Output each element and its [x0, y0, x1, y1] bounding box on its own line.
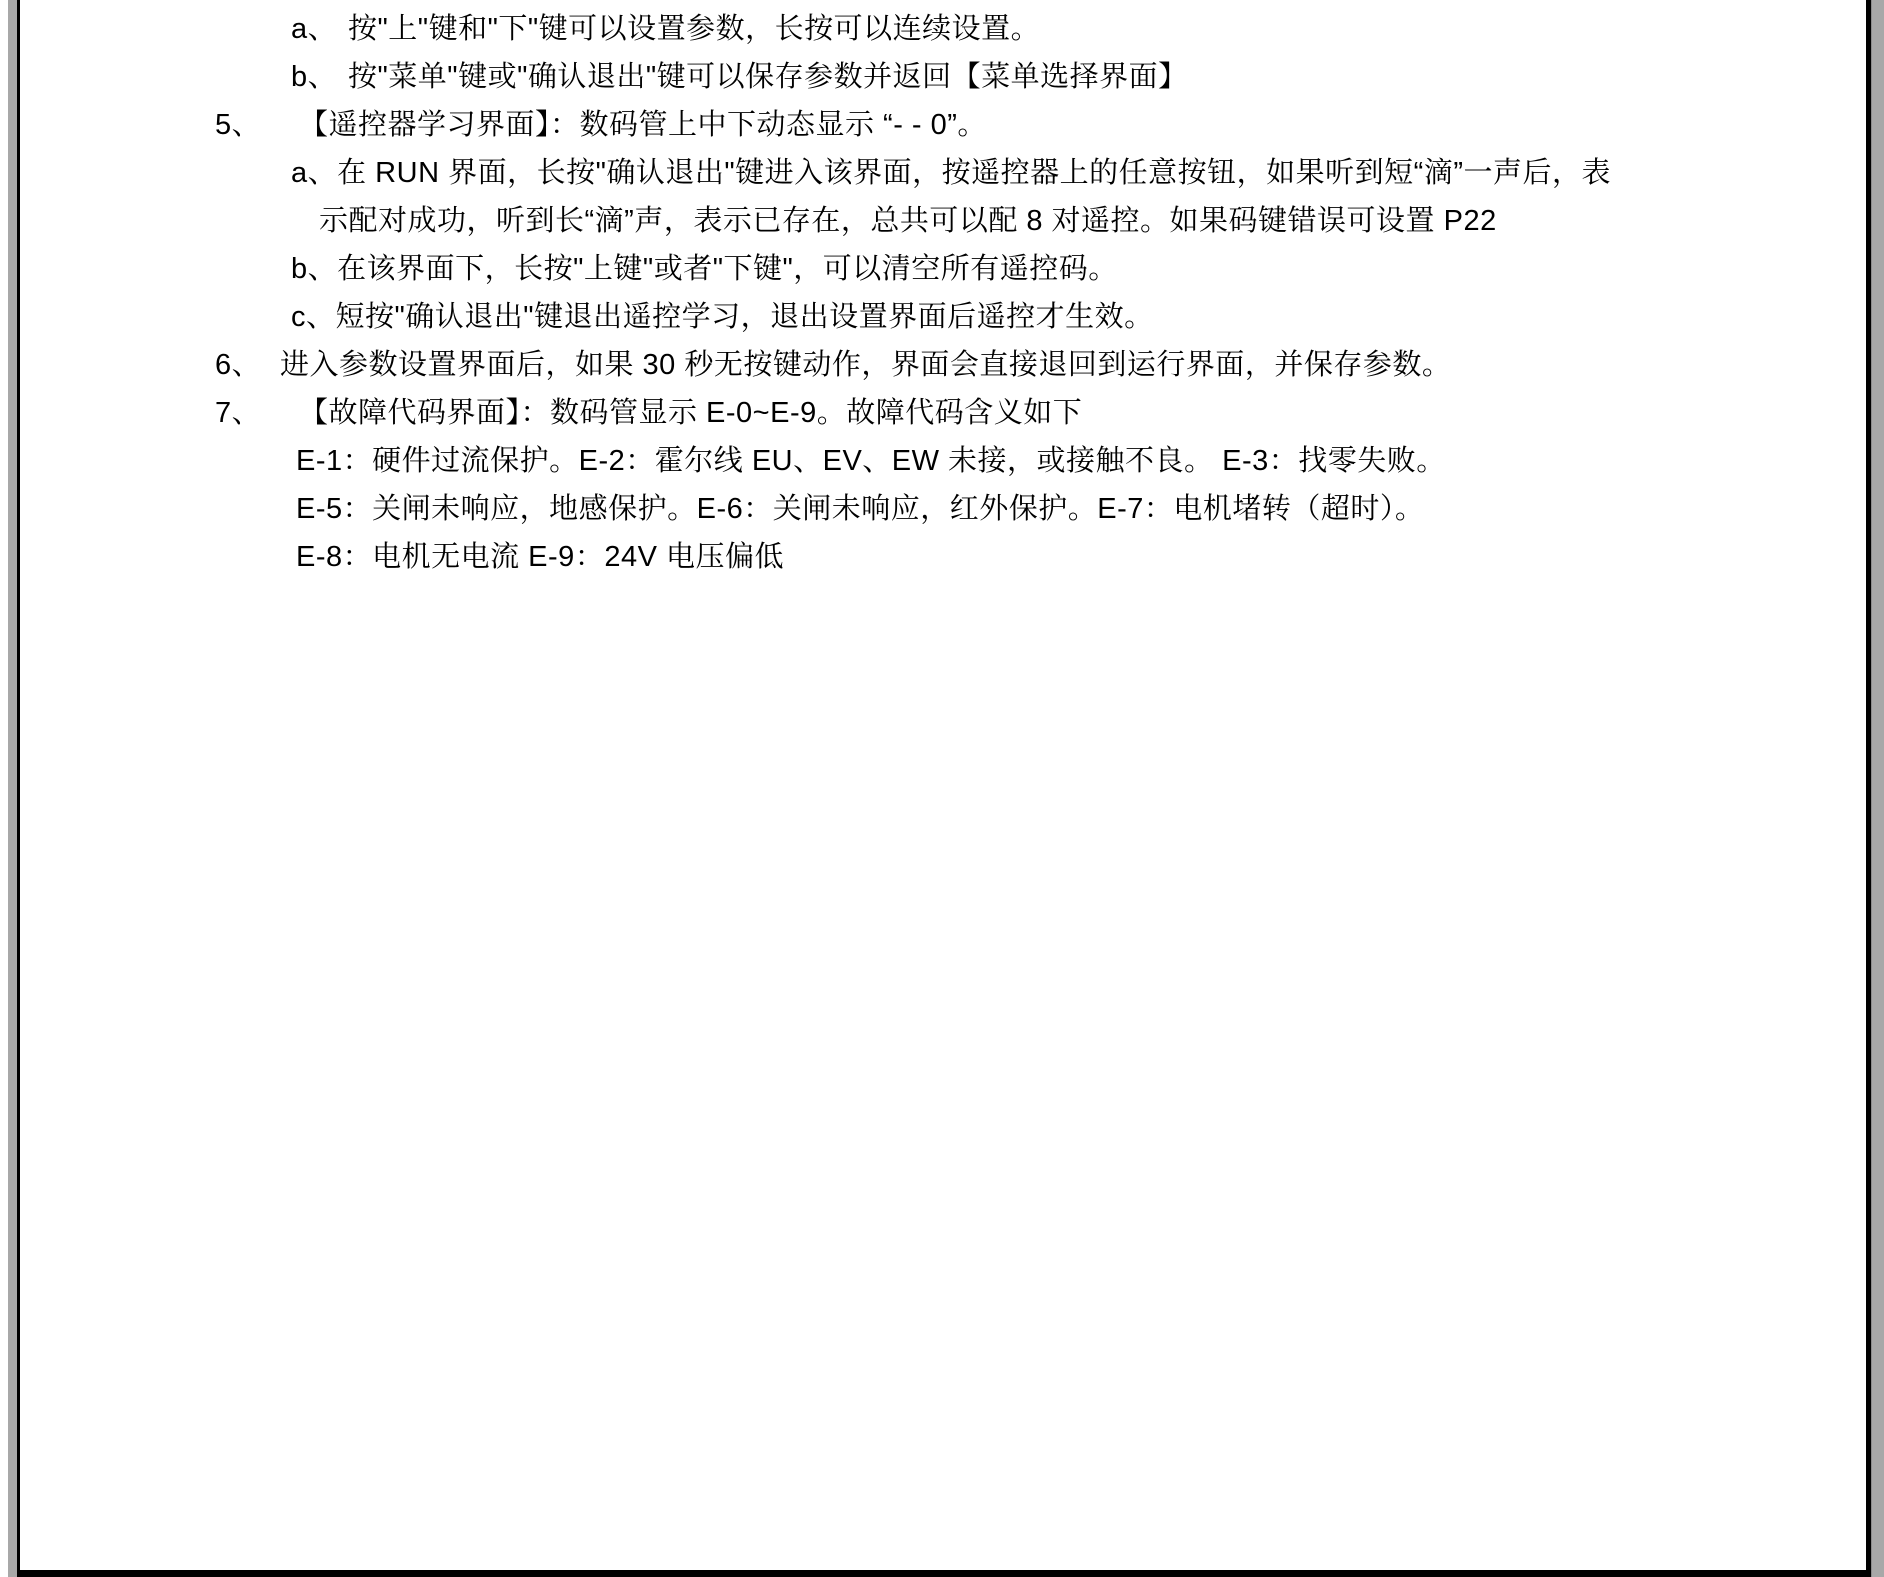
doc-line-error-codes-2: E-5：关闸未响应，地感保护。E-6：关闸未响应，红外保护。E-7：电机堵转（超… — [20, 485, 1874, 533]
doc-line-text: 进入参数设置界面后，如果 30 秒无按键动作，界面会直接退回到运行界面，并保存参… — [280, 349, 1451, 381]
doc-line-text: E-8：电机无电流 E-9：24V 电压偏低 — [296, 541, 784, 573]
list-marker: 5、 — [215, 101, 299, 149]
doc-line-5c: c、短按"确认退出"键退出遥控学习，退出设置界面后遥控才生效。 — [20, 293, 1874, 341]
doc-line-error-codes-3: E-8：电机无电流 E-9：24V 电压偏低 — [20, 533, 1874, 581]
doc-line-text: E-5：关闸未响应，地感保护。E-6：关闸未响应，红外保护。E-7：电机堵转（超… — [296, 493, 1424, 525]
doc-line-step-a: a、按"上"键和"下"键可以设置参数，长按可以连续设置。 — [20, 5, 1874, 53]
list-marker: b、 — [291, 53, 348, 101]
doc-line-5a: a、在 RUN 界面，长按"确认退出"键进入该界面，按遥控器上的任意按钮，如果听… — [20, 149, 1874, 197]
doc-line-text: 【遥控器学习界面】：数码管上中下动态显示 “- - 0”。 — [299, 109, 987, 141]
doc-line-error-codes-1: E-1：硬件过流保护。E-2：霍尔线 EU、EV、EW 未接，或接触不良。 E-… — [20, 437, 1874, 485]
doc-line-5b: b、在该界面下，长按"上键"或者"下键"，可以清空所有遥控码。 — [20, 245, 1874, 293]
page-left-edge-band — [8, 0, 17, 1577]
doc-line-text: b、在该界面下，长按"上键"或者"下键"，可以清空所有遥控码。 — [291, 253, 1118, 285]
doc-line-step-b: b、按"菜单"键或"确认退出"键可以保存参数并返回【菜单选择界面】 — [20, 53, 1874, 101]
doc-line-text: 按"菜单"键或"确认退出"键可以保存参数并返回【菜单选择界面】 — [348, 61, 1188, 93]
manual-text-block: a、按"上"键和"下"键可以设置参数，长按可以连续设置。 b、按"菜单"键或"确… — [20, 5, 1874, 581]
doc-line-5a-continued: 示配对成功，听到长“滴”声，表示已存在，总共可以配 8 对遥控。如果码键错误可设… — [20, 197, 1874, 245]
doc-line-item-6: 6、进入参数设置界面后，如果 30 秒无按键动作，界面会直接退回到运行界面，并保… — [20, 341, 1874, 389]
doc-line-text: 示配对成功，听到长“滴”声，表示已存在，总共可以配 8 对遥控。如果码键错误可设… — [319, 205, 1497, 237]
document-viewport: a、按"上"键和"下"键可以设置参数，长按可以连续设置。 b、按"菜单"键或"确… — [0, 0, 1884, 1577]
list-marker: 7、 — [215, 389, 299, 437]
list-marker: a、 — [291, 5, 348, 53]
doc-line-item-7: 7、【故障代码界面】：数码管显示 E-0~E-9。故障代码含义如下 — [20, 389, 1874, 437]
doc-line-item-5: 5、【遥控器学习界面】：数码管上中下动态显示 “- - 0”。 — [20, 101, 1874, 149]
document-page: a、按"上"键和"下"键可以设置参数，长按可以连续设置。 b、按"菜单"键或"确… — [17, 0, 1871, 1577]
doc-line-text: c、短按"确认退出"键退出遥控学习，退出设置界面后遥控才生效。 — [291, 301, 1154, 333]
doc-line-text: 按"上"键和"下"键可以设置参数，长按可以连续设置。 — [348, 13, 1040, 45]
doc-line-text: a、在 RUN 界面，长按"确认退出"键进入该界面，按遥控器上的任意按钮，如果听… — [291, 157, 1611, 189]
doc-line-text: E-1：硬件过流保护。E-2：霍尔线 EU、EV、EW 未接，或接触不良。 E-… — [296, 445, 1446, 477]
doc-line-text: 【故障代码界面】：数码管显示 E-0~E-9。故障代码含义如下 — [299, 397, 1082, 429]
list-marker: 6、 — [215, 341, 280, 389]
